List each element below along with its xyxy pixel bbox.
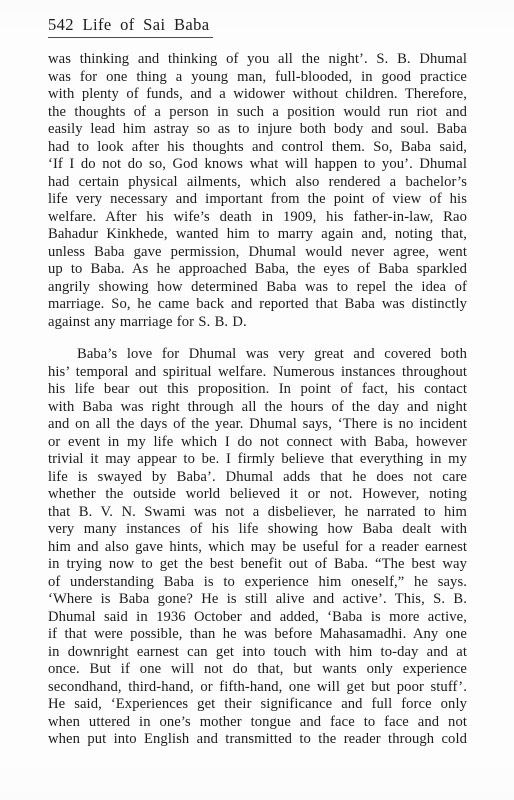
text-line: Baba’s love for Dhumal was very great an…	[48, 346, 467, 364]
text-line: with plenty of funds, and a widower with…	[48, 86, 467, 104]
text-line: when put into English and transmitted to…	[48, 731, 467, 749]
book-page: 542 Life of Sai Baba was thinking and th…	[0, 0, 514, 800]
text-line: ‘If I do not do so, God knows what will …	[48, 156, 467, 174]
text-line: whether the outside world believed it or…	[48, 486, 467, 504]
running-head: 542 Life of Sai Baba	[48, 15, 213, 38]
text-line: had certain physical ailments, which als…	[48, 174, 467, 192]
text-line: very many instances of his life showing …	[48, 521, 467, 539]
text-line: him and also gave hints, which may be us…	[48, 539, 467, 557]
text-line: in downright earnest can get into touch …	[48, 644, 467, 662]
text-line: trivial it may appear to be. I firmly be…	[48, 451, 467, 469]
text-line: and on all the days of the year. Dhumal …	[48, 416, 467, 434]
text-line: He said, ‘Experiences get their signific…	[48, 696, 467, 714]
text-line: in trying now to get the best benefit ou…	[48, 556, 467, 574]
text-line: marriage. So, he came back and reported …	[48, 296, 467, 314]
text-line: had to look after his thoughts and contr…	[48, 139, 467, 157]
text-line: ‘Where is Baba gone? He is still alive a…	[48, 591, 467, 609]
text-line: life very necessary and important from t…	[48, 191, 467, 209]
text-line: easily lead him astray so as to injure b…	[48, 121, 467, 139]
text-line: that B. V. N. Swami was not a disbelieve…	[48, 504, 467, 522]
text-line: when uttered in one’s mother tongue and …	[48, 714, 467, 732]
text-line: the thoughts of a person in such a posit…	[48, 104, 467, 122]
text-line: up to Baba. As he approached Baba, the e…	[48, 261, 467, 279]
text-line: if that were possible, than he was befor…	[48, 626, 467, 644]
text-line: welfare. After his wife’s death in 1909,…	[48, 209, 467, 227]
paragraph: Baba’s love for Dhumal was very great an…	[48, 346, 467, 749]
text-line: angrily showing how determined Baba was …	[48, 279, 467, 297]
text-line: Dhumal said in 1936 October and added, ‘…	[48, 609, 467, 627]
text-line: against any marriage for S. B. D.	[48, 314, 467, 332]
text-line: life is swayed by Baba’. Dhumal adds tha…	[48, 469, 467, 487]
text-line: his life bear out this proposition. In p…	[48, 381, 467, 399]
page-header: 542 Life of Sai Baba	[0, 0, 514, 38]
text-line: or event in my life which I do not conne…	[48, 434, 467, 452]
paragraph: was thinking and thinking of you all the…	[48, 51, 467, 331]
text-line: secondhand, third-hand, or fifth-hand, o…	[48, 679, 467, 697]
text-line: with Baba was right through all the hour…	[48, 399, 467, 417]
text-line: once. But if one will not do that, but w…	[48, 661, 467, 679]
text-line: of understanding Baba is to experience h…	[48, 574, 467, 592]
text-line: unless Baba gave permission, Dhumal woul…	[48, 244, 467, 262]
text-line: Bahadur Kinkhede, wanted him to marry ag…	[48, 226, 467, 244]
text-line: his’ temporal and spiritual welfare. Num…	[48, 364, 467, 382]
text-line: was for one thing a young man, full-bloo…	[48, 69, 467, 87]
text-line: was thinking and thinking of you all the…	[48, 51, 467, 69]
page-body: was thinking and thinking of you all the…	[48, 51, 467, 749]
